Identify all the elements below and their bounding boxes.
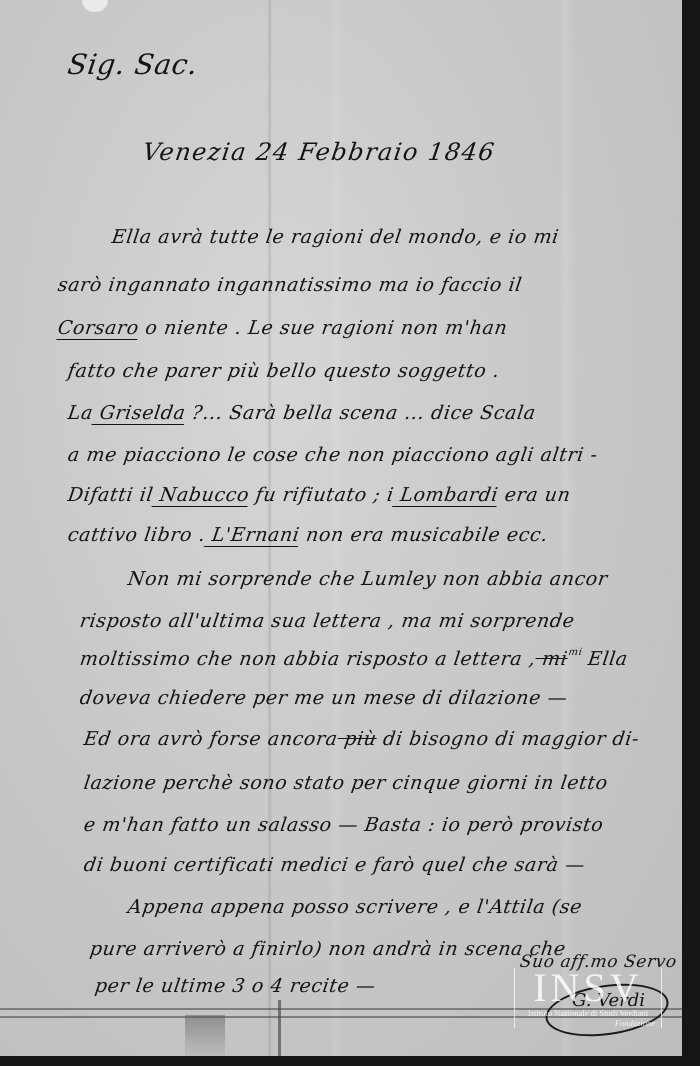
letter-line: fatto che parer più bello questo soggett… [66,360,501,382]
dateline: Venezia 24 Febbraio 1846 [141,138,497,166]
letter-line: sarò ingannato ingannatissimo ma io facc… [56,274,523,296]
letter-line: Non mi sorprende che Lumley non abbia an… [126,568,609,590]
letter-line: per le ultime 3 o 4 recite — [93,975,377,997]
letter-line: La Griselda ?... Sarà bella scena ... di… [66,402,537,424]
letter-line: Ed ora avrò forse ancora più di bisogno … [82,728,640,750]
letter-line: Corsaro o niente . Le sue ragioni non m'… [56,317,509,339]
letter-line: moltissimo che non abbia risposto a lett… [78,648,629,670]
letter-line: di buoni certificati medici e farò quel … [82,854,586,876]
paper-crease [278,1000,281,1058]
scan-border-bottom [0,1056,700,1066]
letter-line: lazione perchè sono stato per cinque gio… [82,772,609,794]
letter-line: risposto all'ultima sua lettera , ma mi … [78,610,576,632]
letter-line: e m'han fatto un salasso — Basta : io pe… [82,814,605,836]
letter-line: pure arriverò a finirlo) non andrà in sc… [88,938,567,960]
salutation: Sig. Sac. [66,48,200,81]
letter-line: Ella avrà tutte le ragioni del mondo, e … [110,226,560,248]
signoff: Suo aff.mo Servo [519,952,679,972]
paper-stain [185,1015,225,1057]
letter-line: cattivo libro . L'Ernani non era musicab… [66,524,549,546]
scan-border [682,0,700,1066]
signature: G. Verdi [572,990,645,1011]
letter-line: Difatti il Nabucco fu rifiutato ; i Lomb… [66,484,572,506]
letter-line: a me piacciono le cose che non piacciono… [66,444,599,466]
letter-line: Appena appena posso scrivere , e l'Attil… [126,896,583,918]
letter-line: doveva chiedere per me un mese di dilazi… [78,687,568,709]
